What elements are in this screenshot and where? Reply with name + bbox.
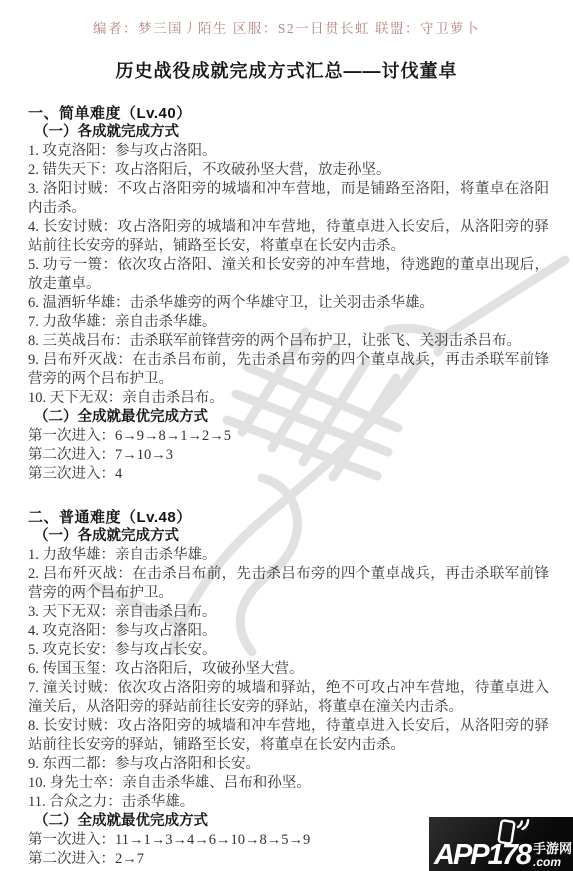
logo-brand-text: APP178 [434,843,530,868]
achievement-item: 11. 合众之力：击杀华雄。 [28,793,549,812]
achievement-item: 8. 长安讨贼：攻占洛阳旁的城墙和冲车营地，待董卓进入长安后，从洛阳旁的驿站前往… [28,717,549,755]
section-heading: 二、普通难度（Lv.48） [28,508,549,527]
document-page: 编者：梦三国丿陌生 区服：S2一日贯长虹 联盟：守卫萝卜 历史战役成就完成方式汇… [0,0,573,871]
logo-side-text: 手游网 .com [533,842,572,868]
achievement-item: 8. 三英战吕布：击杀联军前锋营旁的两个吕布护卫，让张飞、关羽击杀吕布。 [28,332,549,351]
achievement-item: 10. 身先士卒：亲自击杀华雄、吕布和孙坚。 [28,774,549,793]
achievement-item: 1. 攻克洛阳：参与攻占洛阳。 [28,142,549,161]
achievement-item: 3. 洛阳讨贼：不攻占洛阳旁的城墙和冲车营地，而是铺路至洛阳，将董卓在洛阳内击杀… [28,180,549,218]
achievement-item: 7. 潼关讨贼：依次攻占洛阳旁的城墙和驿站，绝不可攻占冲车营地，待董卓进入潼关后… [28,679,549,717]
achievement-item: 9. 吕布歼灭战：在击杀吕布前，先击杀吕布旁的四个董卓战兵，再击杀联军前锋营旁的… [28,351,549,389]
achievement-item: 10. 天下无双：亲自击杀吕布。 [28,389,549,408]
achievement-item: 7. 力敌华雄：亲自击杀华雄。 [28,313,549,332]
achievement-item: 2. 吕布歼灭战：在击杀吕布前，先击杀吕布旁的四个董卓战兵，再击杀联军前锋营旁的… [28,565,549,603]
achievement-item: 2. 错失天下：攻占洛阳后，不攻破孙坚大营，放走孙坚。 [28,161,549,180]
page-title: 历史战役成就完成方式汇总——讨伐董卓 [0,57,573,83]
methods-subheading: （一）各成就完成方式 [28,527,549,546]
entry-sequence: 第二次进入：7→10→3 [28,446,549,465]
entry-sequence: 第一次进入：6→9→8→1→2→5 [28,427,549,446]
achievement-item: 4. 攻克洛阳：参与攻占洛阳。 [28,622,549,641]
achievement-item: 6. 温酒斩华雄：击杀华雄旁的两个华雄守卫，让关羽击杀华雄。 [28,294,549,313]
document-body: 一、简单难度（Lv.40） （一）各成就完成方式 1. 攻克洛阳：参与攻占洛阳。… [28,104,549,869]
site-logo: APP178 手游网 .com [429,817,573,871]
section-easy-difficulty: 一、简单难度（Lv.40） （一）各成就完成方式 1. 攻克洛阳：参与攻占洛阳。… [28,104,549,484]
achievement-item: 9. 东西二都：参与攻占洛阳和长安。 [28,755,549,774]
logo-text-row: APP178 手游网 .com [434,842,572,868]
achievement-item: 5. 攻克长安：参与攻占长安。 [28,641,549,660]
logo-domain-text: .com [533,856,561,868]
optimal-subheading: （二）全成就最优完成方式 [28,408,549,427]
achievement-item: 1. 力敌华雄：亲自击杀华雄。 [28,546,549,565]
logo-suffix-text: 手游网 [533,842,572,855]
section-heading: 一、简单难度（Lv.40） [28,104,549,123]
entry-sequence: 第三次进入：4 [28,465,549,484]
methods-subheading: （一）各成就完成方式 [28,123,549,142]
achievement-item: 6. 传国玉玺：攻占洛阳后，攻破孙坚大营。 [28,660,549,679]
achievement-item: 5. 功亏一篑：依次攻占洛阳、潼关和长安旁的冲车营地，待逃跑的董卓出现后，放走董… [28,256,549,294]
section-normal-difficulty: 二、普通难度（Lv.48） （一）各成就完成方式 1. 力敌华雄：亲自击杀华雄。… [28,508,549,869]
achievement-item: 4. 长安讨贼：攻占洛阳旁的城墙和冲车营地，待董卓进入长安后，从洛阳旁的驿站前往… [28,218,549,256]
achievement-item: 3. 天下无双：亲自击杀吕布。 [28,603,549,622]
byline-header: 编者：梦三国丿陌生 区服：S2一日贯长虹 联盟：守卫萝卜 [0,17,573,37]
